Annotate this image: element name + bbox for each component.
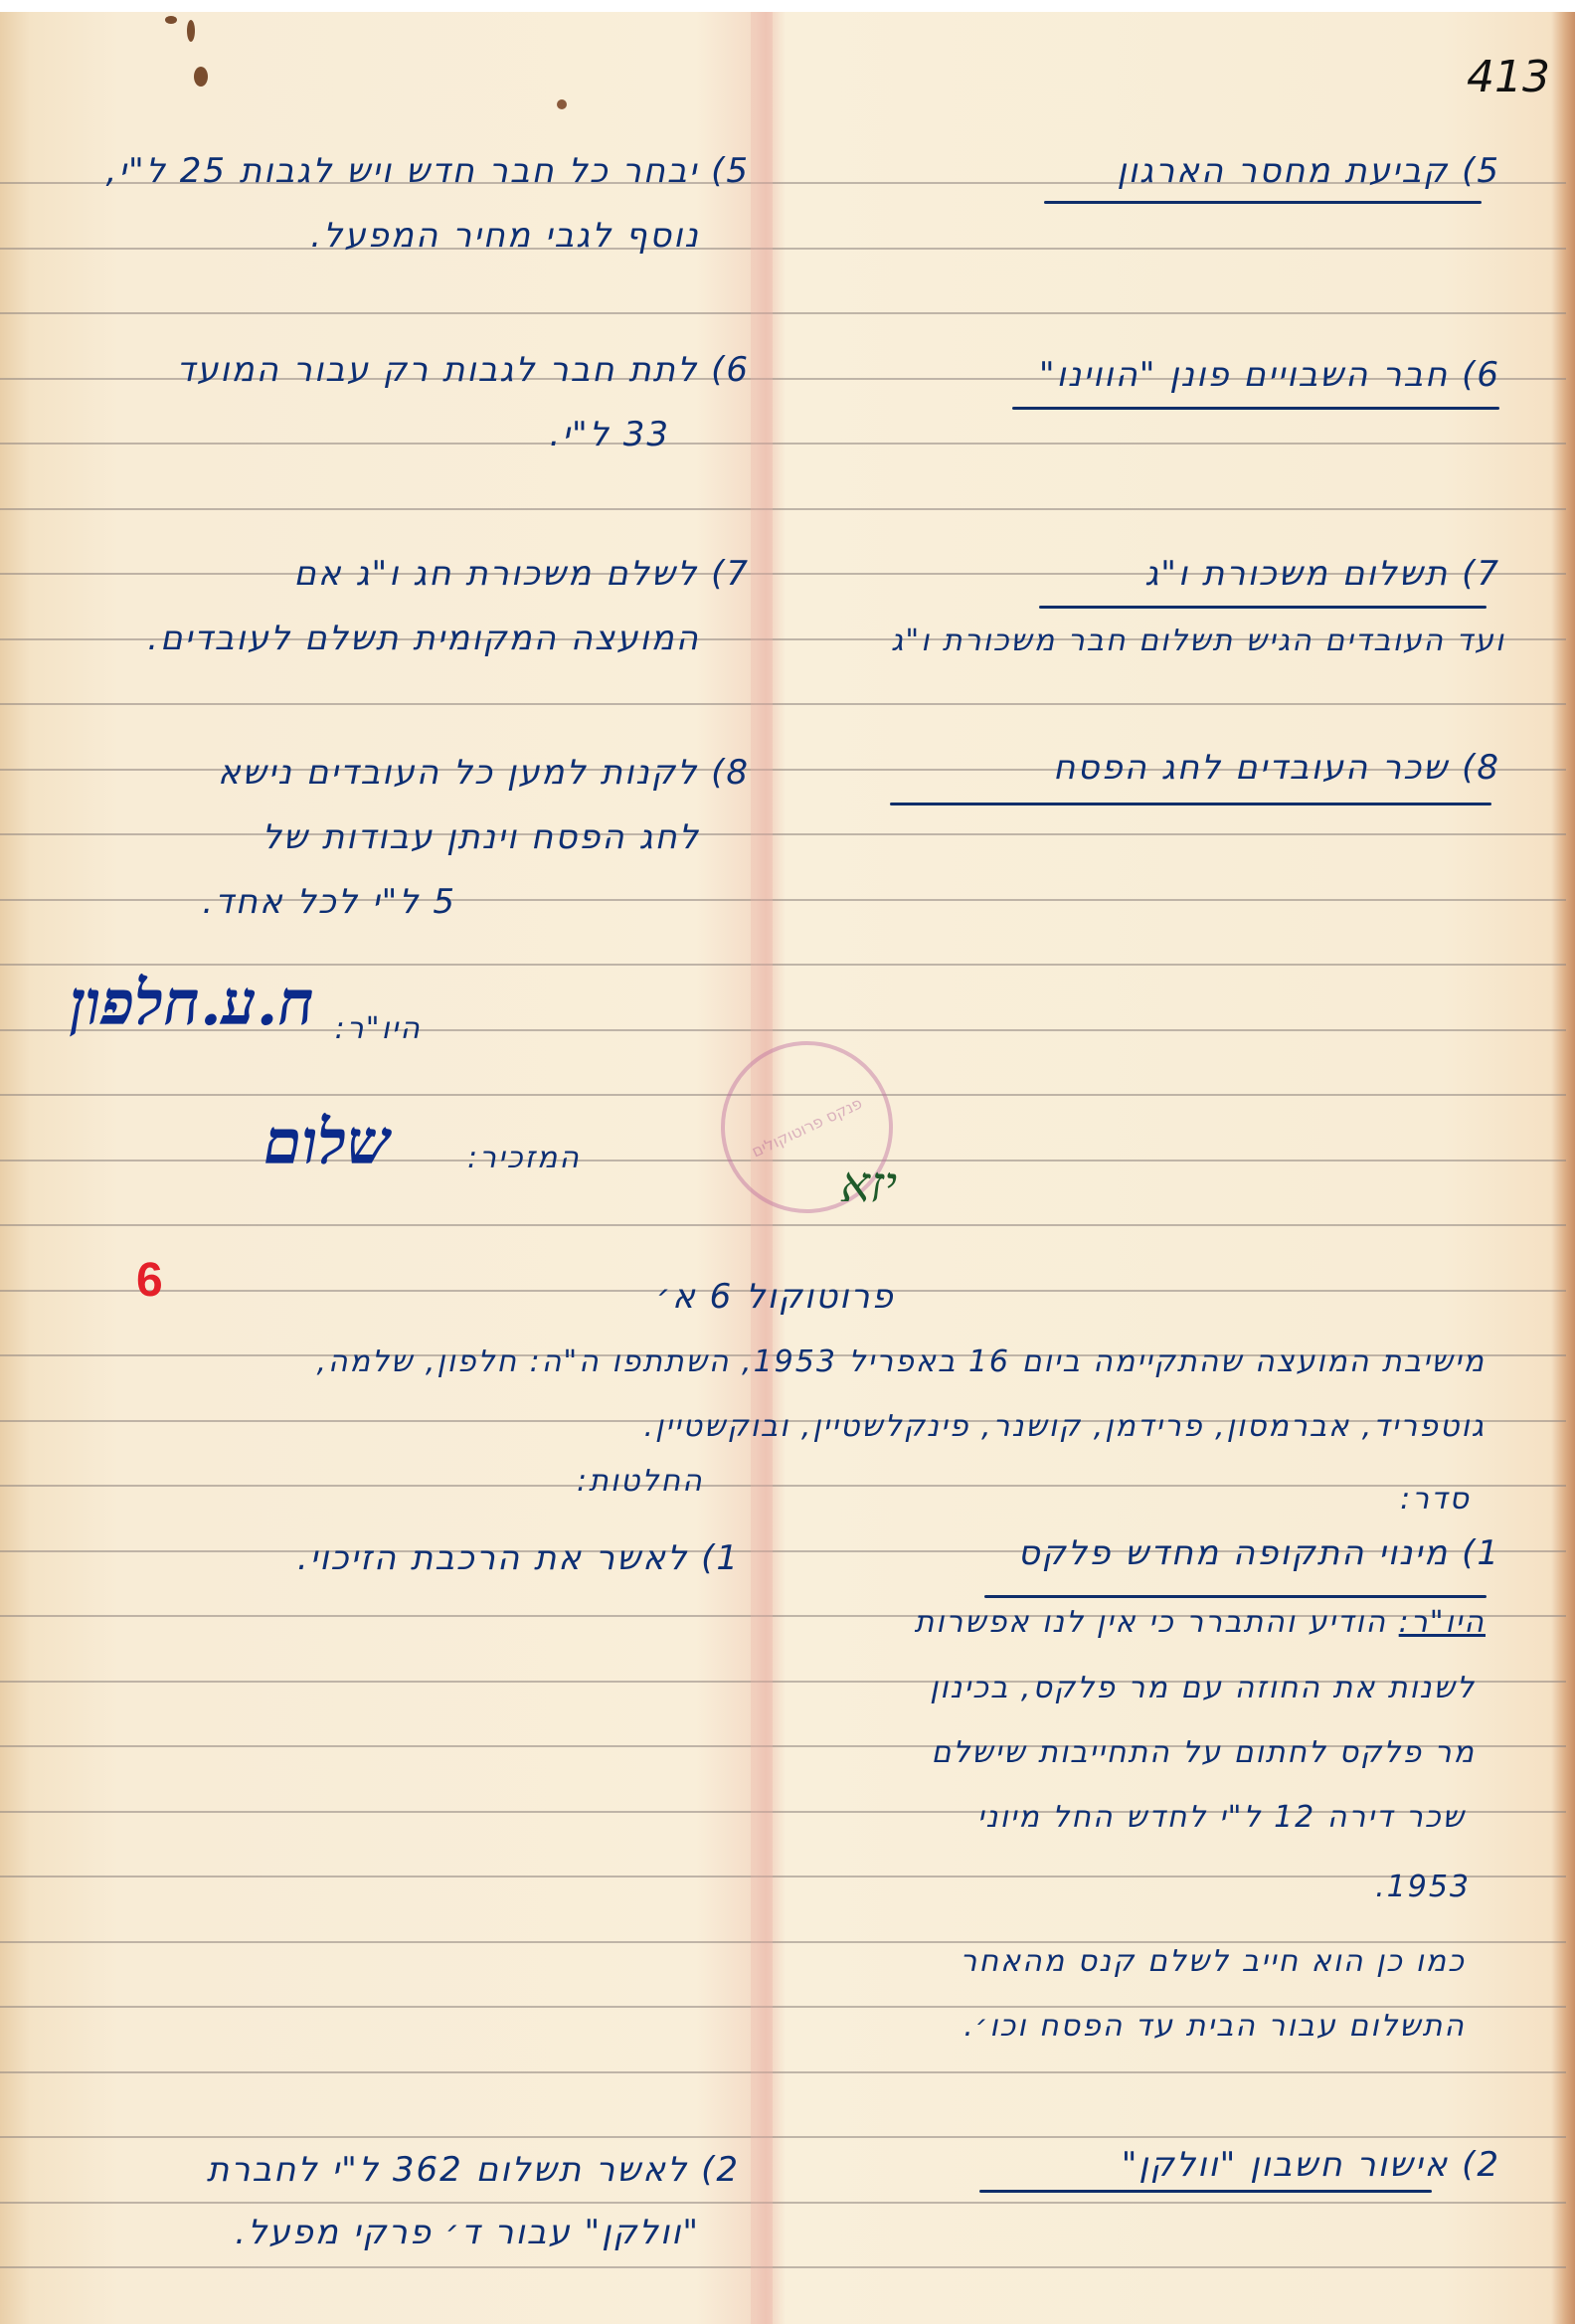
speaker-label: היו"ר:	[1399, 1605, 1486, 1640]
item-text: לשלם משכורת חג ו"ג אם	[293, 554, 698, 594]
ruled-line	[0, 2266, 1566, 2268]
underline	[890, 803, 1491, 805]
ruled-line	[0, 1876, 1566, 1877]
protocol-right-line: מר פלקס לחתום על התחייבות שישלם	[931, 1735, 1476, 1770]
agenda-label: סדר:	[1400, 1482, 1471, 1517]
item-heading: אישור חשבון "וולקן"	[1122, 2145, 1450, 2185]
speaker-text: הודיע והתברר כי אין לנו אפשרות	[914, 1605, 1387, 1640]
left-item-5-line-2: נוסף לגבי מחיר המפעל.	[310, 216, 700, 256]
item-number: 1	[1477, 1533, 1500, 1573]
protocol-right-line: לשנות את החוזה עם מר פלקס, בכינון	[930, 1671, 1476, 1705]
decisions-label: החלטות:	[577, 1464, 704, 1499]
left-item-8-line-2: לחג הפסח וינתן עבודות של	[262, 817, 700, 857]
ink-spot	[187, 20, 195, 42]
left-item-6-line-2: 33 ל"י.	[550, 415, 670, 454]
item-number: 8	[726, 753, 750, 793]
protocol-right-item-2: 2) אישור חשבון "וולקן"	[1122, 2145, 1500, 2185]
page-number: 413	[1467, 52, 1550, 102]
scanned-notebook-page: 413 5) קביעת מחסר הארגון 6) חבר השבויים …	[0, 12, 1575, 2324]
secretary-signature: שלום	[263, 1106, 390, 1179]
item-number: 7	[726, 554, 750, 594]
left-item-8-line-1: 8) לקנות למען כל העובדים נישא	[218, 753, 750, 793]
left-item-6-line-1: 6) לתת חבר לגבות רק עבור המועד	[176, 350, 750, 390]
protocol-right-line: התשלום עבור הבית עד הפסח וכו׳.	[963, 2009, 1466, 2044]
right-item-7-continuation: ועד העובדים הגיש תשלום חבר משכורת ו"ג	[891, 624, 1505, 658]
ink-spot	[557, 99, 567, 109]
chair-label: היו"ר:	[335, 1011, 422, 1046]
left-item-7-line-1: 7) לשלם משכורת חג ו"ג אם	[293, 554, 750, 594]
right-item-6: 6) חבר השבויים פונן "הווינו"	[1039, 355, 1500, 395]
protocol-intro-line-1: מישיבת המועצה שהתקיימה ביום 16 באפריל 19…	[317, 1344, 1487, 1379]
left-item-7-line-2: המועצה המקומית תשלם לעובדים.	[147, 619, 700, 658]
item-text: לקנות למען כל העובדים נישא	[218, 753, 698, 793]
protocol-right-item-1: 1) מינוי התקופה מחדש פלקס	[1018, 1533, 1500, 1573]
item-text: לאשר תשלום 362 ל"י לחברת	[207, 2150, 688, 2190]
item-number: 5	[1477, 151, 1500, 191]
right-item-8: 8) שכר העובדים לחג הפסח	[1053, 748, 1500, 788]
ruled-line	[0, 833, 1566, 835]
chair-signature: ח.ע.חלפון	[70, 967, 314, 1040]
protocol-left-item-2-line-1: 2) לאשר תשלום 362 ל"י לחברת	[207, 2150, 740, 2190]
protocol-right-line: 1953.	[1375, 1870, 1471, 1904]
ruled-line	[0, 2071, 1566, 2073]
item-number: 2	[1477, 2145, 1500, 2185]
item-number: 5	[726, 151, 750, 191]
ruled-line	[0, 1941, 1566, 1943]
ink-spot	[165, 16, 177, 24]
ruled-line	[0, 964, 1566, 966]
item-heading: מינוי התקופה מחדש פלקס	[1018, 1533, 1450, 1573]
ruled-line	[0, 2136, 1566, 2138]
ruled-line	[0, 1224, 1566, 1226]
right-item-5: 5) קביעת מחסר הארגון	[1117, 151, 1500, 191]
underline	[984, 1595, 1487, 1598]
ruled-line	[0, 443, 1566, 445]
protocol-left-item-1: 1) לאשר את הרכבת הזיכוי.	[297, 1538, 740, 1578]
protocol-intro-line-2: גוטפריד, אברמסון, פרידמן, קושנר, פינקלשט…	[644, 1409, 1487, 1444]
item-text: קביעת מחסר הארגון	[1117, 151, 1449, 191]
protocol-right-item-1-speaker-line: היו"ר: הודיע והתברר כי אין לנו אפשרות	[914, 1605, 1486, 1640]
item-number: 1	[716, 1538, 740, 1578]
ruled-line	[0, 508, 1566, 510]
left-item-5-line-1: 5) יבחר כל חבר חדש ויש לגבות 25 ל"י,	[106, 151, 750, 191]
annotation-number: 6	[136, 1253, 163, 1308]
ruled-line	[0, 2006, 1566, 2008]
item-text: לאשר את הרכבת הזיכוי.	[297, 1538, 688, 1578]
item-text: תשלום משכורת ו"ג	[1144, 554, 1449, 594]
item-text: שכר העובדים לחג הפסח	[1053, 748, 1449, 788]
protocol-right-line: שכר דירה 12 ל"י לחדש החל מיוני	[977, 1800, 1466, 1835]
item-text: יבחר כל חבר חדש ויש לגבות 25 ל"י,	[106, 151, 699, 191]
item-number: 6	[726, 350, 750, 390]
ruled-line	[0, 2202, 1566, 2204]
underline	[1012, 407, 1499, 410]
item-number: 8	[1477, 748, 1500, 788]
protocol-left-item-2-line-2: "וולקן" עבור ד׳ פרקי מפעל.	[235, 2213, 700, 2252]
ink-spot	[194, 67, 208, 87]
protocol-title: פרוטוקול 6 א׳	[656, 1277, 895, 1317]
secretary-label: המזכיר:	[467, 1141, 581, 1175]
underline	[979, 2190, 1432, 2193]
ruled-line	[0, 312, 1566, 314]
item-number: 2	[716, 2150, 740, 2190]
item-number: 7	[1477, 554, 1500, 594]
underline	[1039, 606, 1487, 609]
underline	[1044, 201, 1482, 204]
item-number: 6	[1477, 355, 1500, 395]
stamp-text: פנקס פרוטוקולים	[749, 1093, 865, 1161]
initials-signature: יזא	[840, 1156, 897, 1213]
right-item-7: 7) תשלום משכורת ו"ג	[1144, 554, 1500, 594]
ruled-line	[0, 248, 1566, 250]
ruled-line	[0, 703, 1566, 705]
item-text: לתת חבר לגבות רק עבור המועד	[176, 350, 698, 390]
left-item-8-line-3: 5 ל"י לכל אחד.	[202, 882, 456, 922]
item-text: חבר השבויים פונן "הווינו"	[1039, 355, 1449, 395]
ruled-line	[0, 1485, 1566, 1487]
protocol-right-line: כמו כן הוא חייב לשלם קנס מהאחר	[961, 1944, 1466, 1979]
